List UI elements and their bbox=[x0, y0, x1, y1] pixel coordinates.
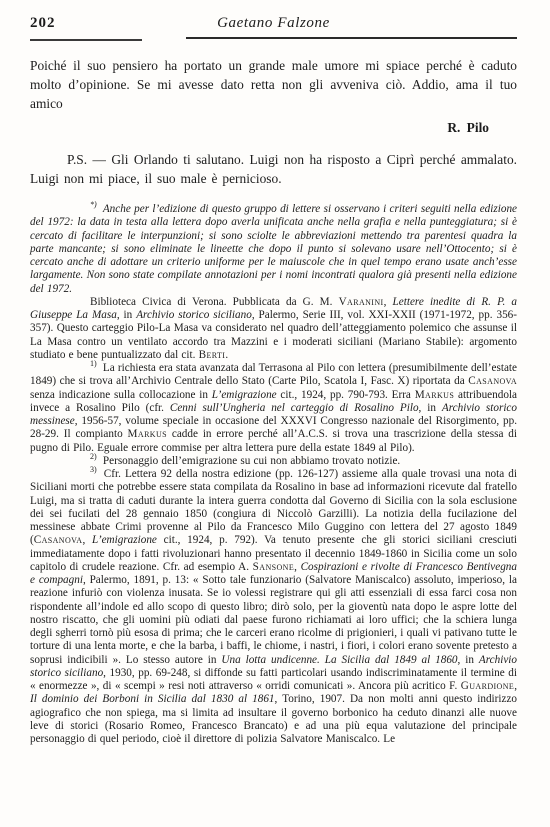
header-rule-left-segment bbox=[30, 39, 142, 43]
footnote-text-segment: , in bbox=[419, 402, 442, 414]
footnote-marker: 2) bbox=[90, 452, 97, 461]
footnote-text-segment: , bbox=[384, 296, 393, 308]
footnote-text-segment: , bbox=[82, 534, 92, 546]
footnote-text-segment: Sansone bbox=[253, 561, 294, 573]
footnote-text-segment: Guardione bbox=[461, 680, 514, 692]
footnote-text-segment: Berti bbox=[199, 349, 226, 361]
footnote-text-segment: Casanova bbox=[468, 375, 517, 387]
footnote-text-segment: La richiesta era stata avanzata dal Terr… bbox=[30, 362, 517, 387]
header-rule-right-segment bbox=[186, 37, 517, 43]
footnote-text-segment: , in bbox=[458, 654, 479, 666]
footnote-paragraph: 2) Personaggio dell’emigrazione su cui n… bbox=[30, 455, 517, 468]
footnote-text-segment: Il dominio dei Borboni in Sicilia dal 18… bbox=[30, 693, 275, 705]
footnote-text-segment: L’emigrazione bbox=[92, 534, 157, 546]
scanned-book-page: 202 Gaetano Falzone Poiché il suo pensie… bbox=[0, 0, 550, 827]
footnote-text-segment: Markus bbox=[128, 428, 167, 440]
footnote-text-segment: Archivio storico siciliano bbox=[136, 309, 252, 321]
footnote-text-segment: Cenni sull’Ungheria nel carteggio di Ros… bbox=[170, 402, 419, 414]
footnote-text-segment: L’emigrazione bbox=[212, 389, 277, 401]
footnote-text-segment: , 1930, pp. 69-248, si diffonde su fatti… bbox=[30, 667, 517, 692]
footnote-text-segment: Markus bbox=[415, 389, 454, 401]
footnote-text-segment: Personaggio dell’emigrazione su cui non … bbox=[103, 455, 400, 467]
footnotes-section: *) Anche per l’edizione di questo gruppo… bbox=[30, 203, 517, 746]
footnote-text-segment: Varanini bbox=[339, 296, 384, 308]
footnote-text-segment: Una lotta undicenne. La Sicilia dal 1849… bbox=[221, 654, 457, 666]
page-header: 202 Gaetano Falzone bbox=[30, 13, 517, 34]
footnote-marker: 3) bbox=[90, 465, 97, 474]
letter-body-paragraph: Poiché il suo pensiero ha portato un gra… bbox=[30, 56, 517, 113]
letter-text-block: Poiché il suo pensiero ha portato un gra… bbox=[30, 56, 517, 188]
footnote-marker: *) bbox=[90, 200, 97, 209]
footnote-text-segment: senza indicazione sulla collocazione in bbox=[30, 389, 212, 401]
running-title: Gaetano Falzone bbox=[30, 13, 517, 34]
footnote-text-segment: , in bbox=[117, 309, 136, 321]
header-rule bbox=[30, 36, 517, 43]
footnote-paragraph: 1) La richiesta era stata avanzata dal T… bbox=[30, 362, 517, 455]
footnote-text-segment: . bbox=[225, 349, 228, 361]
footnote-text-segment: Casanova bbox=[34, 534, 83, 546]
footnote-marker: 1) bbox=[90, 359, 97, 368]
footnote-text-segment: Anche per l’edizione di questo gruppo di… bbox=[30, 203, 517, 295]
footnote-text-segment: cit., 1924, pp. 790-793. Erra bbox=[277, 389, 415, 401]
letter-signature: R. Pilo bbox=[30, 118, 489, 137]
letter-postscript: P.S. — Gli Orlando ti salutano. Luigi no… bbox=[30, 150, 517, 188]
footnote-paragraph: *) Anche per l’edizione di questo gruppo… bbox=[30, 203, 517, 296]
footnote-text-segment: , bbox=[514, 680, 517, 692]
footnote-text-segment: Biblioteca Civica di Verona. Pubblicata … bbox=[90, 296, 339, 308]
footnote-text-segment: , Palermo, 1891, p. 13: « Sotto tale fun… bbox=[30, 574, 517, 666]
footnote-paragraph: Biblioteca Civica di Verona. Pubblicata … bbox=[30, 296, 517, 362]
footnote-paragraph: 3) Cfr. Lettera 92 della nostra edizione… bbox=[30, 468, 517, 746]
